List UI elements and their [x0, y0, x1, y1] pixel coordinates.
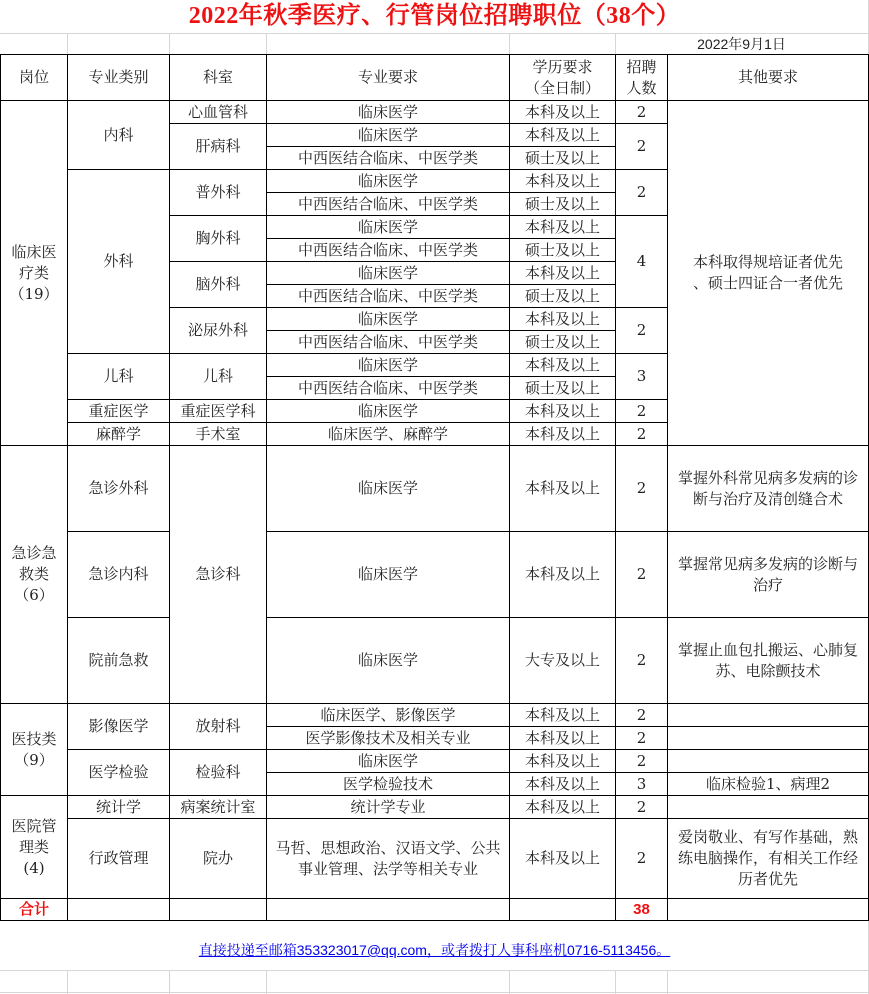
education-cell: 本科及以上 [510, 773, 616, 796]
count-cell: 2 [616, 796, 668, 819]
category-cell: 统计学 [68, 796, 170, 819]
other-cell: 本科取得规培证者优先 、硕士四证合一者优先 [668, 101, 869, 446]
count-cell: 4 [616, 216, 668, 308]
group-management: 医院管 理类 (4) [1, 796, 68, 899]
count-cell: 2 [616, 170, 668, 216]
major-cell: 临床医学 [267, 101, 510, 124]
category-cell: 急诊外科 [68, 446, 170, 532]
education-cell: 本科及以上 [510, 216, 616, 239]
education-cell: 本科及以上 [510, 170, 616, 193]
department-cell: 肝病科 [170, 124, 267, 170]
department-cell: 胸外科 [170, 216, 267, 262]
gridline [615, 970, 616, 994]
education-cell: 本科及以上 [510, 750, 616, 773]
education-cell: 硕士及以上 [510, 285, 616, 308]
table-row: 院前急救 临床医学 大专及以上 2 掌握止血包扎搬运、心肺复苏、电除颤技术 [1, 618, 869, 704]
header-department: 科室 [170, 55, 267, 101]
group-name: 医技类 [3, 729, 65, 750]
count-cell: 2 [616, 750, 668, 773]
contact-info: 直接投递至邮箱353323017@qq.com，或者拨打人事科座机0716-51… [0, 930, 869, 970]
header-specialty-category: 专业类别 [68, 55, 170, 101]
major-cell: 中西医结合临床、中医学类 [267, 147, 510, 170]
header-headcount: 招聘人数 [616, 55, 668, 101]
gridline [67, 970, 68, 994]
group-count: (4) [3, 858, 65, 879]
major-cell: 临床医学 [267, 532, 510, 618]
gridline [266, 33, 267, 54]
empty-cell [68, 899, 170, 921]
department-cell: 检验科 [170, 750, 267, 796]
education-cell: 本科及以上 [510, 796, 616, 819]
department-cell: 普外科 [170, 170, 267, 216]
major-cell: 临床医学 [267, 750, 510, 773]
other-cell: 掌握外科常见病多发病的诊断与治疗及清创缝合术 [668, 446, 869, 532]
page-title: 2022年秋季医疗、行管岗位招聘职位（38个） [0, 0, 869, 33]
department-cell: 手术室 [170, 423, 267, 446]
group-name-line2: 疗类 [3, 263, 65, 284]
education-cell: 硕士及以上 [510, 239, 616, 262]
gridline [266, 970, 267, 994]
count-cell: 2 [616, 124, 668, 170]
major-cell: 中西医结合临床、中医学类 [267, 377, 510, 400]
department-cell: 重症医学科 [170, 400, 267, 423]
education-cell: 本科及以上 [510, 423, 616, 446]
count-cell: 2 [616, 727, 668, 750]
department-cell: 放射科 [170, 704, 267, 750]
major-cell: 临床医学 [267, 354, 510, 377]
department-cell: 泌尿外科 [170, 308, 267, 354]
gridline [0, 992, 869, 993]
group-name-line1: 急诊急 [3, 543, 65, 564]
group-count: （6） [3, 585, 65, 606]
other-line1: 本科取得规培证者优先 [670, 252, 866, 273]
table-row: 医学检验 检验科 临床医学 本科及以上 2 [1, 750, 869, 773]
total-label: 合计 [1, 899, 68, 921]
count-cell: 2 [616, 101, 668, 124]
education-cell: 硕士及以上 [510, 147, 616, 170]
group-count: （9） [3, 750, 65, 771]
spreadsheet: 2022年秋季医疗、行管岗位招聘职位（38个） 2022年9月1日 岗位 专业类… [0, 0, 869, 994]
major-cell: 统计学专业 [267, 796, 510, 819]
category-cell: 儿科 [68, 354, 170, 400]
category-cell: 麻醉学 [68, 423, 170, 446]
education-cell: 硕士及以上 [510, 193, 616, 216]
count-cell: 2 [616, 618, 668, 704]
other-cell [668, 750, 869, 773]
table-row: 急诊急 救类 （6） 急诊外科 急诊科 临床医学 本科及以上 2 掌握外科常见病… [1, 446, 869, 532]
header-education: 学历要求（全日制） [510, 55, 616, 101]
education-cell: 硕士及以上 [510, 331, 616, 354]
table-row: 医院管 理类 (4) 统计学 病案统计室 统计学专业 本科及以上 2 [1, 796, 869, 819]
education-cell: 本科及以上 [510, 727, 616, 750]
category-cell: 重症医学 [68, 400, 170, 423]
education-cell: 本科及以上 [510, 400, 616, 423]
count-cell: 2 [616, 400, 668, 423]
table-row: 行政管理 院办 马哲、思想政治、汉语文学、公共事业管理、法学等相关专业 本科及以… [1, 819, 869, 899]
category-cell: 医学检验 [68, 750, 170, 796]
other-cell: 爱岗敬业、有写作基础，熟练电脑操作，有相关工作经历者优先 [668, 819, 869, 899]
major-cell: 临床医学 [267, 618, 510, 704]
header-education-line1: 学历要求 [512, 57, 613, 78]
empty-cell [267, 899, 510, 921]
department-cell: 急诊科 [170, 446, 267, 704]
major-cell: 临床医学 [267, 400, 510, 423]
table-row: 医技类 （9） 影像医学 放射科 临床医学、影像医学 本科及以上 2 [1, 704, 869, 727]
group-name-line1: 临床医 [3, 242, 65, 263]
education-cell: 本科及以上 [510, 308, 616, 331]
count-cell: 2 [616, 819, 668, 899]
other-cell: 掌握常见病多发病的诊断与治疗 [668, 532, 869, 618]
major-cell: 中西医结合临床、中医学类 [267, 285, 510, 308]
education-cell: 本科及以上 [510, 446, 616, 532]
major-cell: 马哲、思想政治、汉语文学、公共事业管理、法学等相关专业 [267, 819, 510, 899]
education-cell: 大专及以上 [510, 618, 616, 704]
major-cell: 临床医学、麻醉学 [267, 423, 510, 446]
education-cell: 本科及以上 [510, 101, 616, 124]
contact-link[interactable]: 直接投递至邮箱353323017@qq.com，或者拨打人事科座机0716-51… [199, 942, 670, 958]
category-cell: 影像医学 [68, 704, 170, 750]
count-cell: 2 [616, 532, 668, 618]
category-cell: 行政管理 [68, 819, 170, 899]
category-cell: 院前急救 [68, 618, 170, 704]
group-count: （19） [3, 284, 65, 305]
major-cell: 中西医结合临床、中医学类 [267, 331, 510, 354]
table-row: 临床医 疗类 （19） 内科 心血管科 临床医学 本科及以上 2 本科取得规培证… [1, 101, 869, 124]
major-cell: 临床医学 [267, 262, 510, 285]
date-label: 2022年9月1日 [615, 34, 868, 54]
education-cell: 本科及以上 [510, 354, 616, 377]
other-line2: 、硕士四证合一者优先 [670, 273, 866, 294]
total-count: 38 [616, 899, 668, 921]
major-cell: 医学影像技术及相关专业 [267, 727, 510, 750]
gridline [169, 970, 170, 994]
group-name-line2: 理类 [3, 837, 65, 858]
department-cell: 病案统计室 [170, 796, 267, 819]
header-position: 岗位 [1, 55, 68, 101]
count-cell: 2 [616, 308, 668, 354]
gridline [667, 970, 668, 994]
header-headcount-line1: 招聘 [618, 57, 665, 78]
education-cell: 本科及以上 [510, 704, 616, 727]
count-cell: 2 [616, 704, 668, 727]
count-cell: 3 [616, 773, 668, 796]
header-education-line2: （全日制） [512, 78, 613, 99]
other-cell [668, 796, 869, 819]
empty-cell [668, 899, 869, 921]
gridline [169, 33, 170, 54]
other-cell [668, 704, 869, 727]
major-cell: 中西医结合临床、中医学类 [267, 239, 510, 262]
major-cell: 医学检验技术 [267, 773, 510, 796]
table-row: 急诊内科 临床医学 本科及以上 2 掌握常见病多发病的诊断与治疗 [1, 532, 869, 618]
group-clinical: 临床医 疗类 （19） [1, 101, 68, 446]
count-cell: 3 [616, 354, 668, 400]
category-cell: 急诊内科 [68, 532, 170, 618]
education-cell: 本科及以上 [510, 819, 616, 899]
header-headcount-line2: 人数 [618, 78, 665, 99]
category-cell: 内科 [68, 101, 170, 170]
gridline [509, 970, 510, 994]
header-row: 岗位 专业类别 科室 专业要求 学历要求（全日制） 招聘人数 其他要求 [1, 55, 869, 101]
other-cell: 临床检验1、病理2 [668, 773, 869, 796]
other-cell [668, 727, 869, 750]
major-cell: 中西医结合临床、中医学类 [267, 193, 510, 216]
education-cell: 本科及以上 [510, 124, 616, 147]
department-cell: 儿科 [170, 354, 267, 400]
other-cell: 掌握止血包扎搬运、心肺复苏、电除颤技术 [668, 618, 869, 704]
category-cell: 外科 [68, 170, 170, 354]
education-cell: 硕士及以上 [510, 377, 616, 400]
major-cell: 临床医学 [267, 308, 510, 331]
group-medtech: 医技类 （9） [1, 704, 68, 796]
education-cell: 本科及以上 [510, 262, 616, 285]
major-cell: 临床医学、影像医学 [267, 704, 510, 727]
department-cell: 院办 [170, 819, 267, 899]
header-other-requirements: 其他要求 [668, 55, 869, 101]
gridline [67, 33, 68, 54]
major-cell: 临床医学 [267, 446, 510, 532]
group-name-line2: 救类 [3, 564, 65, 585]
total-row: 合计 38 [1, 899, 869, 921]
department-cell: 脑外科 [170, 262, 267, 308]
education-cell: 本科及以上 [510, 532, 616, 618]
major-cell: 临床医学 [267, 170, 510, 193]
positions-table: 岗位 专业类别 科室 专业要求 学历要求（全日制） 招聘人数 其他要求 临床医 … [0, 54, 869, 921]
group-name-line1: 医院管 [3, 816, 65, 837]
gridline [0, 970, 869, 971]
empty-cell [510, 899, 616, 921]
count-cell: 2 [616, 446, 668, 532]
major-cell: 临床医学 [267, 124, 510, 147]
department-cell: 心血管科 [170, 101, 267, 124]
header-major-requirement: 专业要求 [267, 55, 510, 101]
group-emergency: 急诊急 救类 （6） [1, 446, 68, 704]
count-cell: 2 [616, 423, 668, 446]
gridline [509, 33, 510, 54]
major-cell: 临床医学 [267, 216, 510, 239]
empty-cell [170, 899, 267, 921]
